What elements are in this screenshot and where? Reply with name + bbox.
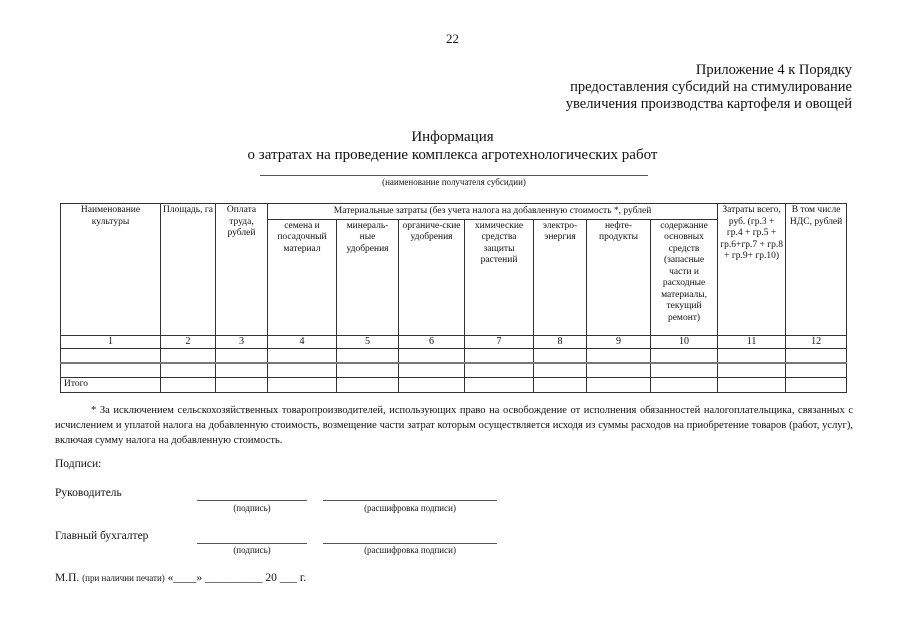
table-cell[interactable] <box>268 348 337 363</box>
column-number: 7 <box>465 335 534 348</box>
appendix-line-3: увеличения производства картофеля и овощ… <box>566 96 852 113</box>
table-cell[interactable] <box>786 348 847 363</box>
table-cell[interactable] <box>651 348 718 363</box>
column-number: 6 <box>399 335 465 348</box>
accountant-signature-caption: (подпись) <box>197 545 307 555</box>
table-cell[interactable] <box>534 363 587 378</box>
header-labor: Оплата труда, рублей <box>216 204 268 336</box>
total-cell[interactable] <box>216 377 268 392</box>
title-line-1: Информация <box>0 128 905 146</box>
column-number: 2 <box>161 335 216 348</box>
column-number: 8 <box>534 335 587 348</box>
table-row <box>61 348 847 363</box>
total-cell[interactable] <box>161 377 216 392</box>
table-cell[interactable] <box>161 363 216 378</box>
costs-table: Наименование культуры Площадь, га Оплата… <box>60 203 847 393</box>
table-row <box>61 363 847 378</box>
header-electricity: электро-энергия <box>534 219 587 335</box>
footnote: * За исключением сельскохозяйственных то… <box>55 403 853 448</box>
table-cell[interactable] <box>216 348 268 363</box>
column-number: 4 <box>268 335 337 348</box>
total-cell[interactable] <box>786 377 847 392</box>
table-cell[interactable] <box>61 363 161 378</box>
header-culture: Наименование культуры <box>61 204 161 336</box>
header-mineral: минераль-ные удобрения <box>337 219 399 335</box>
appendix-line-1: Приложение 4 к Порядку <box>566 62 852 79</box>
total-cell[interactable] <box>587 377 651 392</box>
table-cell[interactable] <box>587 348 651 363</box>
table-cell[interactable] <box>337 363 399 378</box>
title-line-2: о затратах на проведение комплекса агрот… <box>0 146 905 164</box>
table-cell[interactable] <box>465 348 534 363</box>
table-cell[interactable] <box>161 348 216 363</box>
document-title: Информация о затратах на проведение комп… <box>0 128 905 164</box>
stamp-date-line: М.П. (при наличии печати) «____» _______… <box>55 572 306 584</box>
director-decoding-caption: (расшифровка подписи) <box>323 503 497 513</box>
column-number: 12 <box>786 335 847 348</box>
table-cell[interactable] <box>216 363 268 378</box>
table-cell[interactable] <box>337 348 399 363</box>
header-oil: нефте-продукты <box>587 219 651 335</box>
accountant-signature-field[interactable] <box>197 543 307 544</box>
column-number: 9 <box>587 335 651 348</box>
table-cell[interactable] <box>587 363 651 378</box>
table-cell[interactable] <box>534 348 587 363</box>
header-area: Площадь, га <box>161 204 216 336</box>
total-cell[interactable] <box>651 377 718 392</box>
total-label: Итого <box>61 377 161 392</box>
accountant-decoding-field[interactable] <box>323 543 497 544</box>
director-signature-field[interactable] <box>197 500 307 501</box>
total-cell[interactable] <box>399 377 465 392</box>
footnote-text: * За исключением сельскохозяйственных то… <box>55 405 853 446</box>
table-cell[interactable] <box>465 363 534 378</box>
header-total-costs: Затраты всего, руб. (гр.3 + гр.4 + гр.5 … <box>718 204 786 336</box>
director-signature-caption: (подпись) <box>197 503 307 513</box>
stamp-note: (при наличии печати) <box>82 573 165 583</box>
total-cell[interactable] <box>337 377 399 392</box>
appendix-line-2: предоставления субсидий на стимулировани… <box>566 79 852 96</box>
total-cell[interactable] <box>268 377 337 392</box>
date-field[interactable]: «____» __________ 20 ___ г. <box>168 572 307 584</box>
recipient-name-field[interactable] <box>260 175 648 176</box>
director-decoding-field[interactable] <box>323 500 497 501</box>
header-organic: органиче-ские удобрения <box>399 219 465 335</box>
column-number: 10 <box>651 335 718 348</box>
director-label: Руководитель <box>55 487 122 499</box>
total-cell[interactable] <box>465 377 534 392</box>
table-cell[interactable] <box>399 348 465 363</box>
header-material-group: Материальные затраты (без учета налога н… <box>268 204 718 220</box>
accountant-decoding-caption: (расшифровка подписи) <box>323 545 497 555</box>
chief-accountant-label: Главный бухгалтер <box>55 530 148 542</box>
page-number: 22 <box>0 31 905 47</box>
table-cell[interactable] <box>718 348 786 363</box>
table-cell[interactable] <box>61 348 161 363</box>
header-seeds: семена и посадочный материал <box>268 219 337 335</box>
stamp-label: М.П. <box>55 572 79 584</box>
table-cell[interactable] <box>786 363 847 378</box>
recipient-caption: (наименование получателя субсидии) <box>260 177 648 187</box>
signatures-heading: Подписи: <box>55 458 101 470</box>
header-vat: В том числе НДС, рублей <box>786 204 847 336</box>
appendix-header: Приложение 4 к Порядку предоставления су… <box>566 62 852 113</box>
total-row: Итого <box>61 377 847 392</box>
column-number: 11 <box>718 335 786 348</box>
total-cell[interactable] <box>534 377 587 392</box>
table-cell[interactable] <box>718 363 786 378</box>
table-cell[interactable] <box>399 363 465 378</box>
column-number: 3 <box>216 335 268 348</box>
column-number: 5 <box>337 335 399 348</box>
column-number: 1 <box>61 335 161 348</box>
header-chemical: химические средства защиты растений <box>465 219 534 335</box>
table-cell[interactable] <box>651 363 718 378</box>
table-cell[interactable] <box>268 363 337 378</box>
total-cell[interactable] <box>718 377 786 392</box>
header-maintenance: содержание основных средств (запасные ча… <box>651 219 718 335</box>
column-numbers-row: 1 2 3 4 5 6 7 8 9 10 11 12 <box>61 335 847 348</box>
